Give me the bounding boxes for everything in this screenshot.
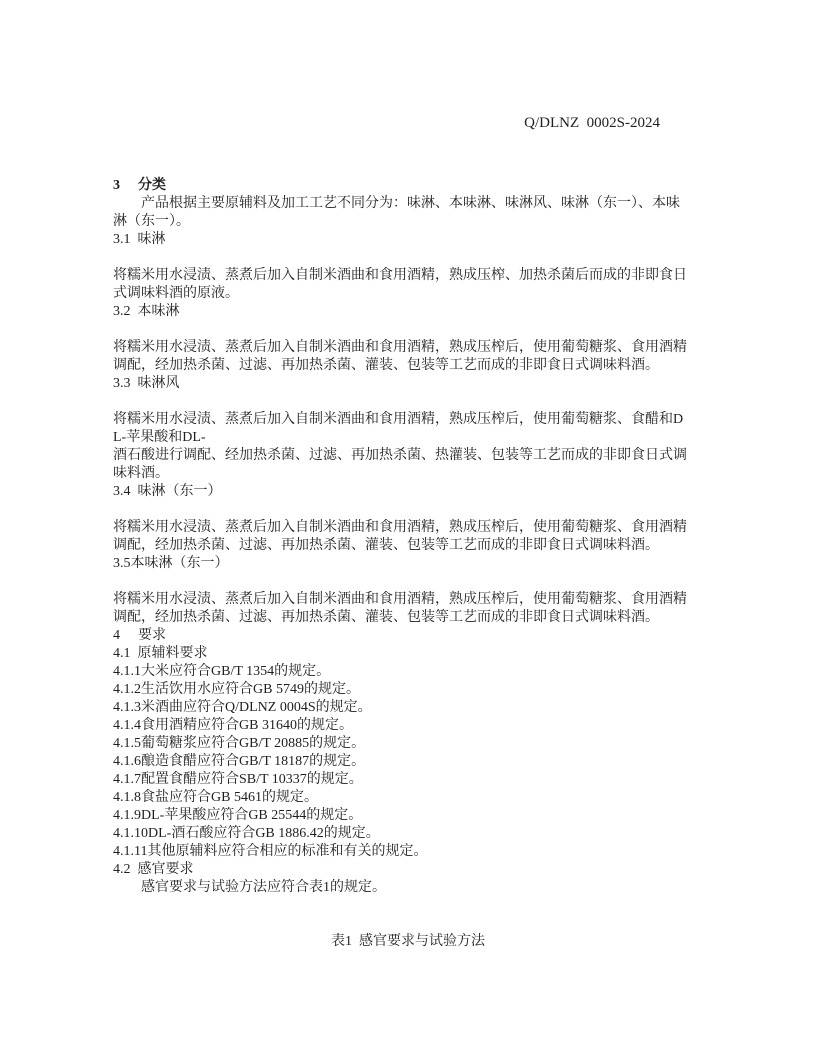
requirement-item: 4.1.2生活饮用水应符合GB 5749的规定。 [113, 681, 675, 699]
section-4-heading: 4要求 [113, 627, 675, 645]
subsection-3-3-para-line: 酒石酸进行调配、经加热杀菌、过滤、再加热杀菌、热灌装、包装等工艺而成的非即食日式… [113, 447, 675, 465]
subsection-3-1-para-line: 将糯米用水浸渍、蒸煮后加入自制米酒曲和食用酒精，熟成压榨、加热杀菌后而成的非即食… [113, 267, 675, 285]
subsection-3-4-heading: 3.4 味淋（东一） [113, 483, 675, 501]
subsection-4-2-heading: 4.2 感官要求 [113, 861, 675, 879]
subsection-3-3-para-line: L-苹果酸和DL- [113, 429, 675, 447]
subsection-4-1-heading: 4.1 原辅料要求 [113, 645, 675, 663]
subsection-3-5-para-line: 调配，经加热杀菌、过滤、再加热杀菌、灌装、包装等工艺而成的非即食日式调味料酒。 [113, 609, 675, 627]
subsection-3-5-heading: 3.5本味淋（东一） [113, 555, 675, 573]
requirement-item: 4.1.8食盐应符合GB 5461的规定。 [113, 789, 675, 807]
document-body: 3分类 产品根据主要原辅料及加工工艺不同分为：味淋、本味淋、味淋风、味淋（东一）… [113, 177, 675, 951]
requirement-item: 4.1.5葡萄糖浆应符合GB/T 20885的规定。 [113, 735, 675, 753]
spacer-line [113, 393, 675, 411]
subsection-3-2-para-line: 调配，经加热杀菌、过滤、再加热杀菌、灌装、包装等工艺而成的非即食日式调味料酒。 [113, 357, 675, 375]
section-3-title: 分类 [138, 178, 166, 193]
spacer-line [113, 573, 675, 591]
subsection-3-4-para-line: 调配，经加热杀菌、过滤、再加热杀菌、灌装、包装等工艺而成的非即食日式调味料酒。 [113, 537, 675, 555]
spacer-line [113, 915, 675, 933]
section-3-heading: 3分类 [113, 177, 675, 195]
requirement-item: 4.1.9DL-苹果酸应符合GB 25544的规定。 [113, 807, 675, 825]
subsection-3-3-para-line: 味料酒。 [113, 465, 675, 483]
spacer-line [113, 501, 675, 519]
requirement-item: 4.1.7配置食醋应符合SB/T 10337的规定。 [113, 771, 675, 789]
subsection-3-2-para-line: 将糯米用水浸渍、蒸煮后加入自制米酒曲和食用酒精，熟成压榨后，使用葡萄糖浆、食用酒… [113, 339, 675, 357]
subsection-3-1-para-line: 式调味料酒的原液。 [113, 285, 675, 303]
spacer-line [113, 249, 675, 267]
requirement-item: 4.1.4食用酒精应符合GB 31640的规定。 [113, 717, 675, 735]
section-3-intro-line: 产品根据主要原辅料及加工工艺不同分为：味淋、本味淋、味淋风、味淋（东一）、本味 [113, 195, 675, 213]
table-1-caption: 表1 感官要求与试验方法 [113, 933, 703, 951]
header-doc-number: Q/DLNZ 0002S-2024 [113, 114, 660, 132]
section-3-number: 3 [113, 177, 138, 195]
requirement-item: 4.1.3米酒曲应符合Q/DLNZ 0004S的规定。 [113, 699, 675, 717]
subsection-3-2-heading: 3.2 本味淋 [113, 303, 675, 321]
section-3-intro-line: 淋（东一）。 [113, 213, 675, 231]
section-4-number: 4 [113, 627, 138, 645]
requirement-item: 4.1.10DL-酒石酸应符合GB 1886.42的规定。 [113, 825, 675, 843]
subsection-3-5-para-line: 将糯米用水浸渍、蒸煮后加入自制米酒曲和食用酒精，熟成压榨后，使用葡萄糖浆、食用酒… [113, 591, 675, 609]
spacer-line [113, 897, 675, 915]
subsection-3-4-para-line: 将糯米用水浸渍、蒸煮后加入自制米酒曲和食用酒精，熟成压榨后，使用葡萄糖浆、食用酒… [113, 519, 675, 537]
requirement-item: 4.1.11其他原辅料应符合相应的标准和有关的规定。 [113, 843, 675, 861]
document-page: Q/DLNZ 0002S-2024 3分类 产品根据主要原辅料及加工工艺不同分为… [0, 0, 816, 1056]
subsection-3-1-heading: 3.1 味淋 [113, 231, 675, 249]
requirement-item: 4.1.1大米应符合GB/T 1354的规定。 [113, 663, 675, 681]
section-4-title: 要求 [138, 628, 166, 643]
subsection-4-2-text: 感官要求与试验方法应符合表1的规定。 [113, 879, 675, 897]
spacer-line [113, 321, 675, 339]
subsection-3-3-para-line: 将糯米用水浸渍、蒸煮后加入自制米酒曲和食用酒精，熟成压榨后，使用葡萄糖浆、食醋和… [113, 411, 675, 429]
subsection-3-3-heading: 3.3 味淋风 [113, 375, 675, 393]
requirement-item: 4.1.6酿造食醋应符合GB/T 18187的规定。 [113, 753, 675, 771]
